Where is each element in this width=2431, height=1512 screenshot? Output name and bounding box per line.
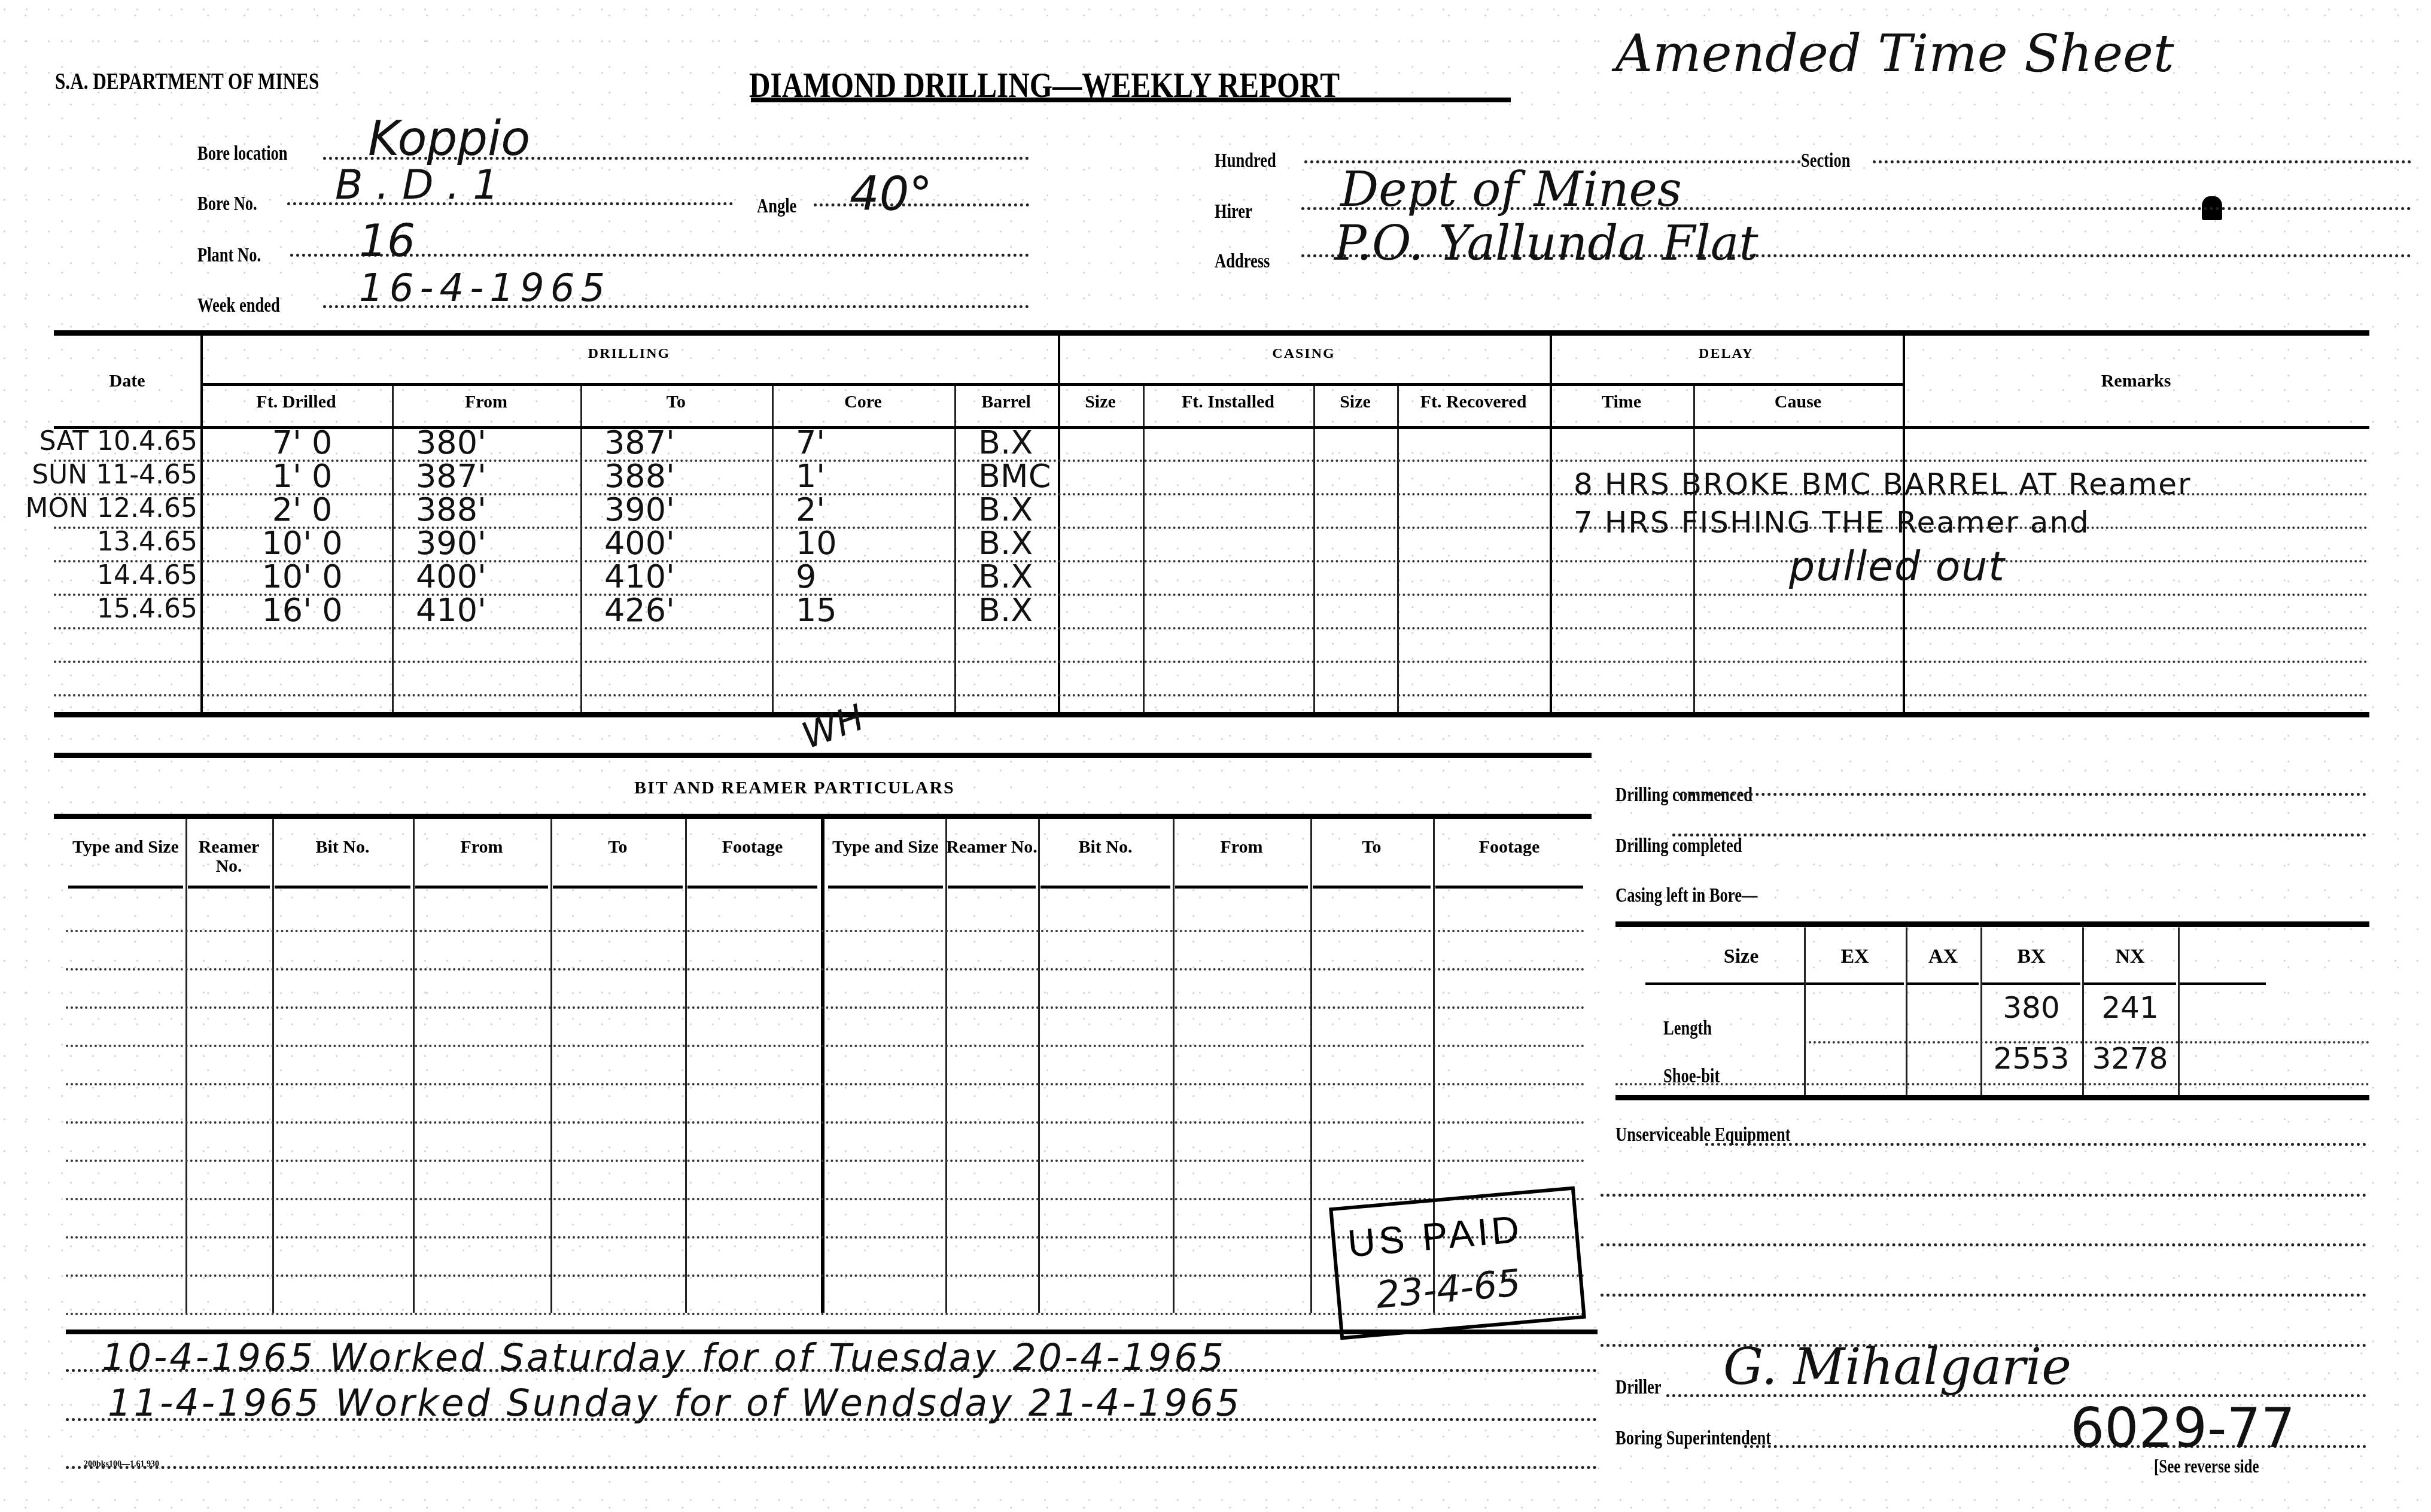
stamp-date: 23-4-65 (1374, 1261, 1522, 1317)
casing-bottom-rule (1615, 1095, 2369, 1100)
unserviceable-line-2[interactable] (1601, 1194, 2366, 1197)
superintendent-value: 6029-77 (2070, 1397, 2295, 1460)
note-1[interactable]: 10-4-1965 Worked Saturday for of Tuesday… (102, 1335, 1226, 1379)
unserviceable-line-3[interactable] (1601, 1243, 2366, 1246)
print-code: 200bks100—1.61 930 (84, 1460, 159, 1470)
drilling-completed-line[interactable] (1672, 833, 2366, 836)
bit-left-column-header: From (413, 838, 550, 857)
header-rule (553, 886, 683, 889)
header-rule (1435, 886, 1583, 889)
header-rule (275, 886, 410, 889)
bit-table-row[interactable] (66, 1006, 1586, 1009)
bit-table-row[interactable] (66, 1121, 1586, 1124)
bit-table-row[interactable] (66, 1045, 1586, 1047)
bit-left-column-header: Footage (685, 838, 820, 857)
bit-reamer-table: BIT AND REAMER PARTICULARSType and SizeR… (0, 0, 2431, 1376)
column-divider (1038, 819, 1040, 1313)
header-rule (68, 886, 183, 889)
header-rule (415, 886, 548, 889)
column-divider (945, 819, 947, 1313)
column-divider (185, 819, 187, 1313)
header-rule (828, 886, 943, 889)
driller-label: Driller (1615, 1376, 1674, 1399)
casing-top-rule (1615, 921, 2369, 927)
header-rule (1313, 886, 1431, 889)
header-rule (1040, 886, 1170, 889)
casing-length-value[interactable]: 380 (1980, 990, 2082, 1025)
driller-signature: G. Mihalgarie (1723, 1337, 2071, 1396)
bit-table-row[interactable] (66, 930, 1586, 932)
bit-table-row[interactable] (66, 1160, 1586, 1162)
column-divider (1310, 819, 1312, 1313)
casing-length-value[interactable]: 241 (2082, 990, 2178, 1025)
header-rule (1982, 982, 2080, 985)
note-2[interactable]: 11-4-1965 Worked Sunday for of Wendsday … (108, 1381, 1242, 1425)
bit-table-row[interactable] (66, 1198, 1586, 1200)
stamp-text: US PAID (1346, 1206, 1525, 1265)
bit-left-column-header: Type and Size (66, 838, 185, 857)
bit-left-column-header: Bit No. (272, 838, 413, 857)
header-rule (2084, 982, 2176, 985)
casing-shoe-bit-value[interactable]: 3278 (2082, 1041, 2178, 1076)
bit-right-column-header: Type and Size (826, 838, 945, 857)
casing-size-header: BX (1980, 945, 2082, 968)
header-rule (188, 886, 270, 889)
header-rule (948, 886, 1036, 889)
unserviceable-line-4[interactable] (1601, 1294, 2366, 1297)
header-rule (687, 886, 817, 889)
casing-size-header: EX (1804, 945, 1906, 968)
header-rule (2180, 982, 2266, 985)
column-divider (550, 819, 552, 1313)
notes-line-3 (66, 1466, 1598, 1469)
unserviceable-line-1[interactable] (1705, 1143, 2366, 1146)
header-rule (1175, 886, 1308, 889)
column-divider (272, 819, 274, 1313)
casing-left-label: Casing left in Bore— (1615, 884, 1797, 907)
header-rule (1907, 982, 1979, 985)
column-divider (685, 819, 687, 1313)
bit-right-column-header: Footage (1433, 838, 1586, 857)
casing-size-header: NX (2082, 945, 2178, 968)
casing-shoe-bit-value[interactable]: 2553 (1980, 1041, 2082, 1076)
notes-top-rule (66, 1330, 1598, 1334)
drilling-completed-label: Drilling completed (1615, 835, 1778, 857)
paid-stamp: US PAID 23-4-65 (1329, 1186, 1586, 1340)
see-reverse-note: [See reverse side (2154, 1455, 2289, 1477)
casing-size-label: Size (1669, 945, 1813, 968)
casing-size-header: AX (1906, 945, 1980, 968)
column-divider (413, 819, 415, 1313)
header-rule (1806, 982, 1904, 985)
drilling-commenced-line[interactable] (1678, 793, 2366, 796)
bit-right-column-header: Bit No. (1038, 838, 1173, 857)
casing-row-rule (1804, 1041, 2369, 1044)
bit-left-column-header: Reamer No. (185, 838, 272, 876)
bit-table-row[interactable] (66, 968, 1586, 971)
casing-shoe-bit-label: Shoe-bit (1663, 1065, 1736, 1088)
bit-section-top-rule (54, 753, 1592, 758)
bit-right-column-header: To (1310, 838, 1433, 857)
header-rule (1645, 982, 1804, 985)
casing-length-label: Length (1663, 1017, 1726, 1040)
bit-section-title: BIT AND REAMER PARTICULARS (634, 778, 955, 798)
bit-right-column-header: Reamer No. (945, 838, 1038, 857)
bit-table-row[interactable] (66, 1083, 1586, 1085)
bit-right-column-header: From (1173, 838, 1310, 857)
bit-left-column-header: To (550, 838, 685, 857)
column-divider (2178, 927, 2180, 1095)
column-divider (1173, 819, 1175, 1313)
